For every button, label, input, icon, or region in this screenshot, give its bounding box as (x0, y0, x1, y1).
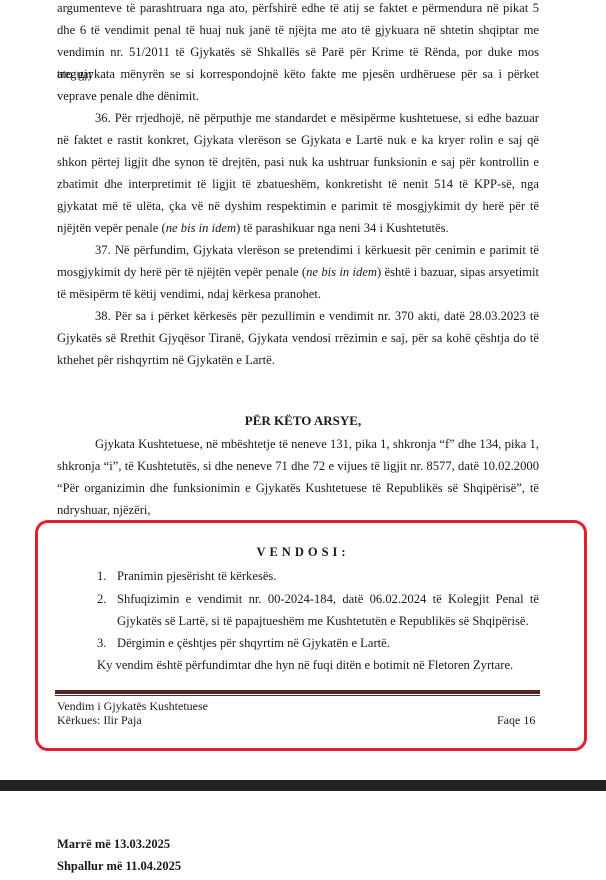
footer-rule-thin (55, 695, 540, 696)
paragraph-36: 36. Për rrjedhojë, në përputhje me stand… (57, 107, 539, 239)
paragraph-38: 38. Për sa i përket kërkesës për pezulli… (57, 305, 539, 371)
paragraph-37: 37. Në përfundim, Gjykata vlerëson se pr… (57, 239, 539, 305)
decision-item-text: Dërgimin e çështjes për shqyrtim në Gjyk… (117, 632, 539, 654)
decision-item-number: 1. (97, 569, 106, 584)
text-line: argumenteve të parashtruara nga ato, për… (57, 0, 539, 19)
latin-term: ne bis in idem (166, 221, 236, 235)
decision-item-number: 2. (97, 592, 106, 607)
latin-term: ne bis in idem (306, 265, 377, 279)
text-line: ato gjykata mënyrën se si korrespondojnë… (57, 63, 539, 85)
decision-closing: Ky vendim është përfundimtar dhe hyn në … (97, 654, 537, 676)
document-page: argumenteve të parashtruara nga ato, për… (0, 0, 606, 780)
announced-date: Shpallur më 11.04.2025 (57, 859, 181, 874)
decision-heading: VENDOSI: (0, 545, 606, 560)
page-separator (0, 780, 606, 791)
footer-rule (55, 690, 540, 694)
page-number: Faqe 16 (497, 713, 535, 727)
text-line: dhe 6 të vendimit penal të huaj nuk janë… (57, 19, 539, 41)
decision-item-text: Pranimin pjesërisht të kërkesës. (117, 565, 539, 587)
paragraph-text: 36. Për rrjedhojë, në përputhje me stand… (57, 111, 539, 235)
reasons-heading: PËR KËTO ARSYE, (0, 413, 606, 429)
footer-applicant: Kërkues: Ilir Paja (57, 713, 142, 727)
paragraph-text: ) të parashikuar nga neni 34 i Kushtetut… (236, 221, 449, 235)
text-line: veprave penale dhe dënimit. (57, 85, 539, 107)
decision-item-text: Shfuqizimin e vendimit nr. 00-2024-184, … (117, 588, 539, 632)
next-page: Marrë më 13.03.2025 Shpallur më 11.04.20… (0, 791, 606, 880)
decision-item-number: 3. (97, 636, 106, 651)
reasons-paragraph: Gjykata Kushtetuese, në mbështetje të ne… (57, 433, 539, 521)
footer-court-label: Vendim i Gjykatës Kushtetuese (57, 699, 208, 713)
received-date: Marrë më 13.03.2025 (57, 837, 170, 852)
